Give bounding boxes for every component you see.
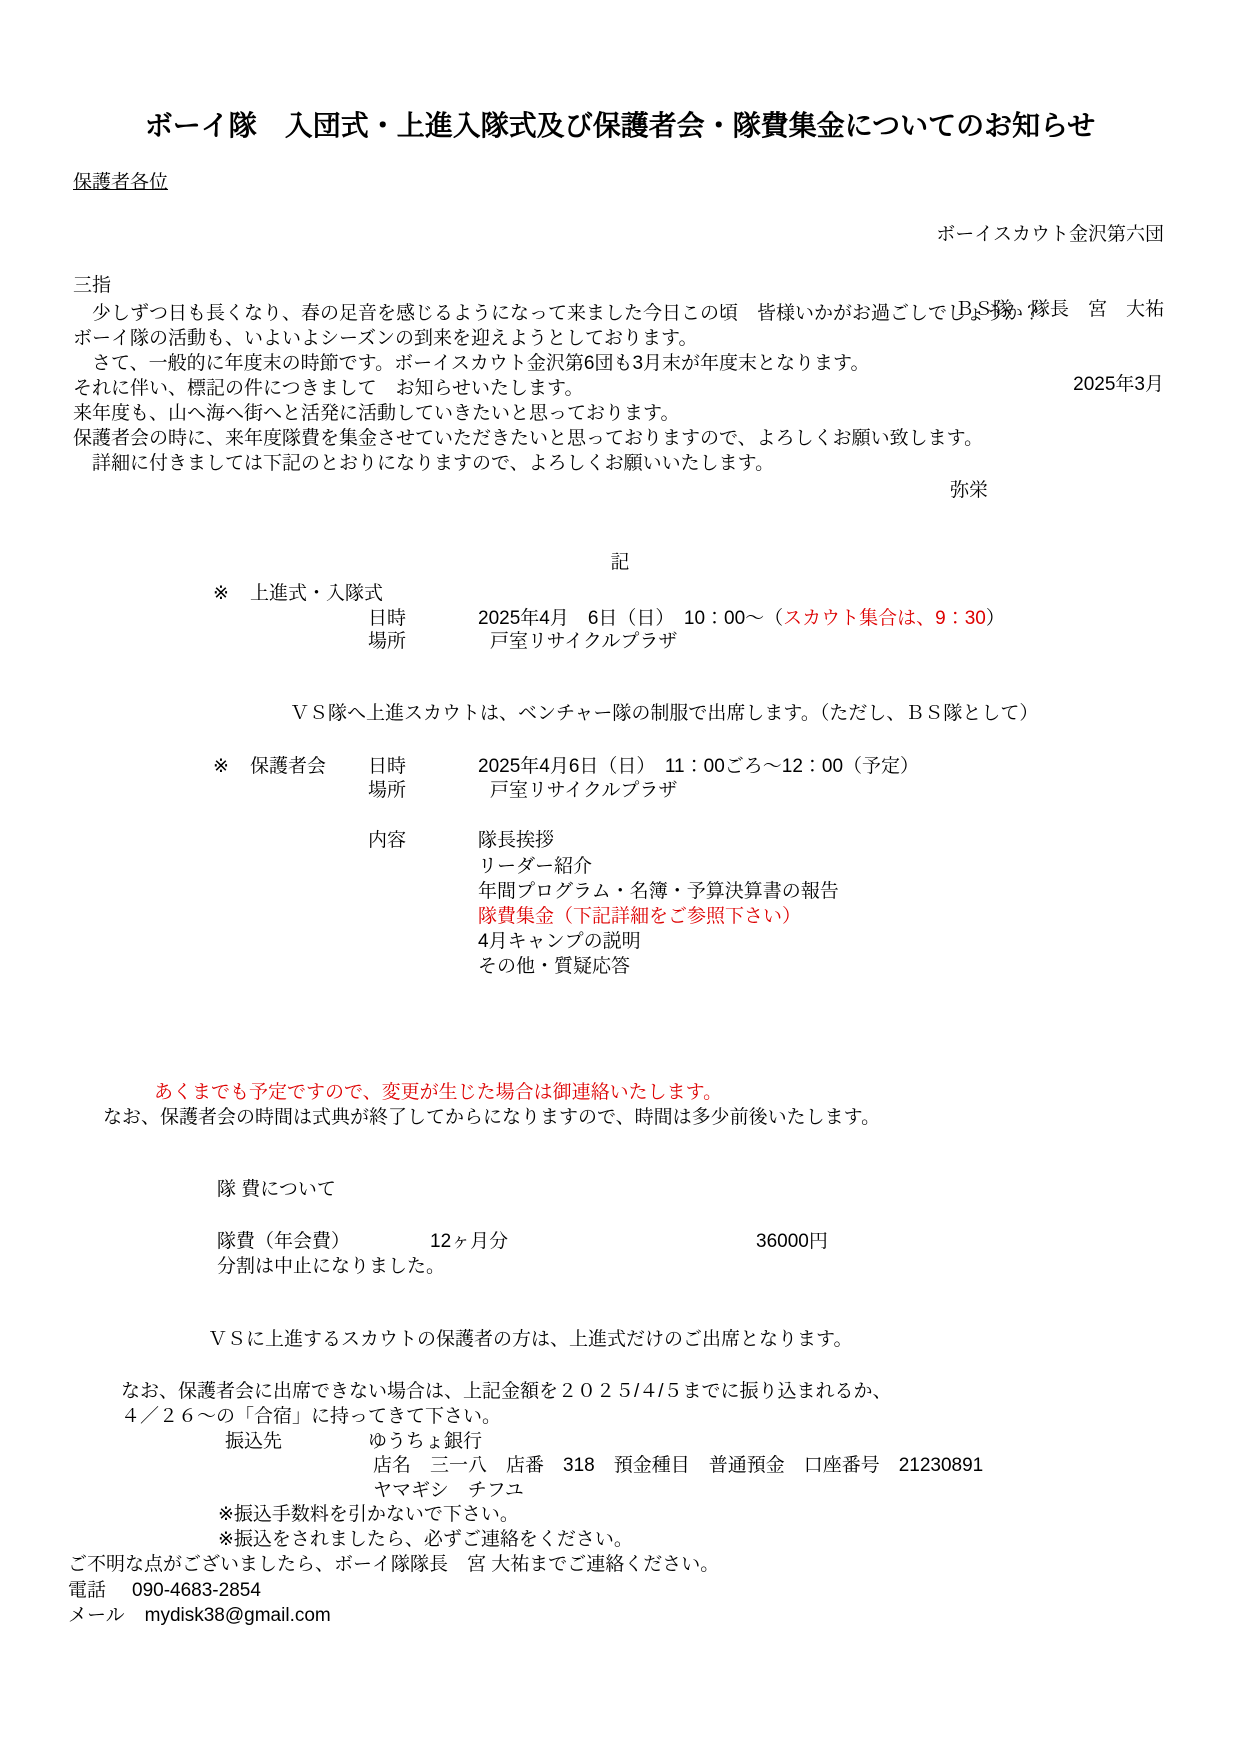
ceremony-datetime-red: スカウト集合は、9：30 bbox=[783, 608, 986, 629]
ceremony-datetime-close: ） bbox=[986, 608, 1005, 629]
fee-note: 分割は中止になりました。 bbox=[217, 1256, 445, 1278]
ceremony-marker: ※ bbox=[213, 583, 229, 605]
contact-phone-row: 電話090-4683-2854 bbox=[68, 1580, 261, 1602]
vs-uniform-note: ＶＳ隊へ上進スカウトは、ベンチャー隊の制服で出席します。（ただし、ＢＳ隊として） bbox=[290, 703, 1038, 725]
meeting-marker: ※ bbox=[213, 756, 229, 778]
bank-branch-account: 店名 三一八 店番 318 預金種目 普通預金 口座番号 21230891 bbox=[373, 1455, 983, 1477]
sender-org: ボーイスカウト金沢第六団 bbox=[936, 222, 1164, 247]
meeting-datetime-label: 日時 bbox=[368, 756, 406, 778]
phone-number: 090-4683-2854 bbox=[132, 1580, 261, 1601]
agenda-item: 隊長挨拶 bbox=[478, 830, 554, 852]
agenda-item: リーダー紹介 bbox=[478, 856, 592, 878]
transfer-note: ※振込手数料を引かないで下さい。 bbox=[218, 1504, 519, 1526]
meeting-title: 保護者会 bbox=[250, 756, 326, 778]
agenda-item: 年間プログラム・名簿・予算決算書の報告 bbox=[478, 881, 839, 903]
body-line: 少しずつ日も長くなり、春の足音を感じるようになって来ました今日この頃 皆様いかが… bbox=[73, 303, 1042, 325]
ceremony-place: 戸室リサイクルプラザ bbox=[490, 631, 677, 653]
closing-word: 弥栄 bbox=[950, 480, 988, 502]
agenda-item: 4月キャンプの説明 bbox=[478, 931, 641, 953]
agenda-item-fee-collection: 隊費集金（下記詳細をご参照下さい） bbox=[478, 906, 801, 928]
ceremony-datetime-label: 日時 bbox=[368, 608, 406, 630]
contact-email-row: メールmydisk38@gmail.com bbox=[68, 1605, 331, 1627]
ceremony-title: 上進式・入隊式 bbox=[250, 583, 383, 605]
phone-label: 電話 bbox=[68, 1580, 106, 1601]
meeting-place: 戸室リサイクルプラザ bbox=[490, 780, 677, 802]
email-label: メール bbox=[68, 1605, 125, 1626]
page-title: ボーイ隊 入団式・上進入隊式及び保護者会・隊費集金についてのお知らせ bbox=[0, 115, 1240, 137]
body-line: それに伴い、標記の件につきまして お知らせいたします。 bbox=[73, 378, 584, 400]
agenda-item: その他・質疑応答 bbox=[478, 956, 630, 978]
meeting-content-label: 内容 bbox=[368, 830, 406, 852]
email-address: mydisk38@gmail.com bbox=[145, 1605, 331, 1626]
account-holder: ヤマギシ チフユ bbox=[373, 1480, 524, 1502]
meeting-datetime: 2025年4月6日（日） 11：00ごろ～12：00（予定） bbox=[478, 756, 919, 778]
vs-parents-note: ＶＳに上進するスカウトの保護者の方は、上進式だけのご出席となります。 bbox=[208, 1329, 852, 1351]
fee-amount: 36000円 bbox=[756, 1231, 828, 1253]
transfer-note: ※振込をされましたら、必ずご連絡をください。 bbox=[218, 1529, 633, 1551]
body-line: 保護者会の時に、来年度隊費を集金させていただきたいと思っておりますので、よろしく… bbox=[73, 428, 983, 450]
body-line: ボーイ隊の活動も、いよいよシーズンの到来を迎えようとしております。 bbox=[73, 328, 698, 350]
meeting-place-label: 場所 bbox=[368, 780, 406, 802]
salutation: 三指 bbox=[73, 275, 111, 297]
body-line: さて、一般的に年度末の時節です。ボーイスカウト金沢第6団も3月末が年度末となりま… bbox=[73, 353, 870, 375]
payment-line: なお、保護者会に出席できない場合は、上記金額を２０２５/４/５までに振り込まれる… bbox=[121, 1381, 892, 1403]
transfer-label: 振込先 bbox=[225, 1431, 282, 1453]
body-line: 来年度も、山へ海へ街へと活発に活動していきたいと思っております。 bbox=[73, 403, 679, 425]
notice-document-page: ボーイ隊 入団式・上進入隊式及び保護者会・隊費集金についてのお知らせ 保護者各位… bbox=[0, 0, 1240, 1754]
fee-heading: 隊 費について bbox=[217, 1179, 336, 1201]
fee-period: 12ヶ月分 bbox=[430, 1231, 508, 1253]
bank-name: ゆうちょ銀行 bbox=[368, 1431, 482, 1453]
recipient: 保護者各位 bbox=[73, 172, 168, 194]
ceremony-place-label: 場所 bbox=[368, 631, 406, 653]
body-line: 詳細に付きましては下記のとおりになりますので、よろしくお願いいたします。 bbox=[73, 453, 774, 475]
contact-line: ご不明な点がございましたら、ボーイ隊隊長 宮 大祐までご連絡ください。 bbox=[68, 1554, 719, 1576]
ceremony-datetime: 2025年4月 6日（日） 10：00～（スカウト集合は、9：30） bbox=[478, 608, 1005, 630]
record-heading: 記 bbox=[0, 552, 1240, 574]
payment-line: ４／２６～の「合宿」に持ってきて下さい。 bbox=[121, 1406, 501, 1428]
ceremony-datetime-black: 2025年4月 6日（日） 10：00～（ bbox=[478, 608, 783, 629]
sender-date: 2025年3月 bbox=[936, 372, 1164, 397]
fee-item: 隊費（年会費） bbox=[217, 1231, 350, 1253]
schedule-change-notice: あくまでも予定ですので、変更が生じた場合は御連絡いたします。 bbox=[154, 1082, 722, 1104]
meeting-time-notice: なお、保護者会の時間は式典が終了してからになりますので、時間は多少前後いたします… bbox=[103, 1107, 880, 1129]
